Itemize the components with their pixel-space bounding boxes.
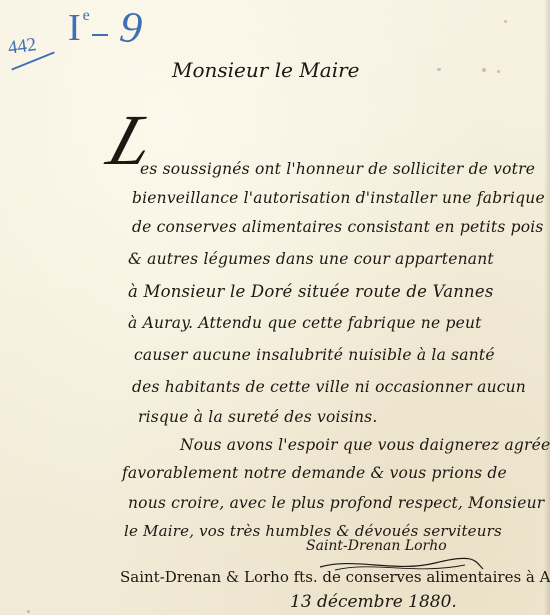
- letter-line: nous croire, avec le plus profond respec…: [128, 494, 544, 512]
- paper-edge: [544, 0, 550, 615]
- letter-line: causer aucune insalubrité nuisible à la …: [134, 346, 495, 364]
- letter-date: 13 décembre 1880.: [290, 592, 457, 612]
- letter-line: Nous avons l'espoir que vous daignerez a…: [180, 436, 550, 454]
- letter-line: & autres légumes dans une cour appartena…: [128, 250, 494, 268]
- salutation: Monsieur le Maire: [172, 58, 359, 82]
- archive-series-superscript: e: [83, 7, 92, 24]
- letter-line: favorablement notre demande & vous prion…: [122, 464, 507, 482]
- letter-line: des habitants de cette ville ni occasion…: [132, 378, 526, 396]
- archive-series-mark: Ie: [68, 6, 92, 50]
- letter-line: risque à la sureté des voisins.: [138, 408, 377, 426]
- signature: Saint-Drenan Lorho: [306, 538, 447, 554]
- letter-line: es soussignés ont l'honneur de sollicite…: [140, 160, 535, 178]
- foxing-spot: [482, 68, 486, 72]
- archive-number: 442: [7, 34, 38, 60]
- foxing-spot: [27, 610, 30, 613]
- archive-series-dash: [92, 34, 108, 36]
- archive-series-letter: I: [68, 7, 83, 49]
- letter-line: à Auray. Attendu que cette fabrique ne p…: [128, 314, 482, 332]
- foxing-spot: [504, 20, 507, 23]
- foxing-spot: [497, 70, 500, 73]
- foxing-spot: [437, 68, 441, 71]
- letter-line: bienveillance l'autorisation d'installer…: [132, 189, 545, 207]
- company-line: Saint-Drenan & Lorho fts. de conserves a…: [120, 568, 550, 586]
- letter-line: de conserves alimentaires consistant en …: [132, 218, 544, 236]
- letter-line: à Monsieur le Doré située route de Vanne…: [128, 282, 494, 301]
